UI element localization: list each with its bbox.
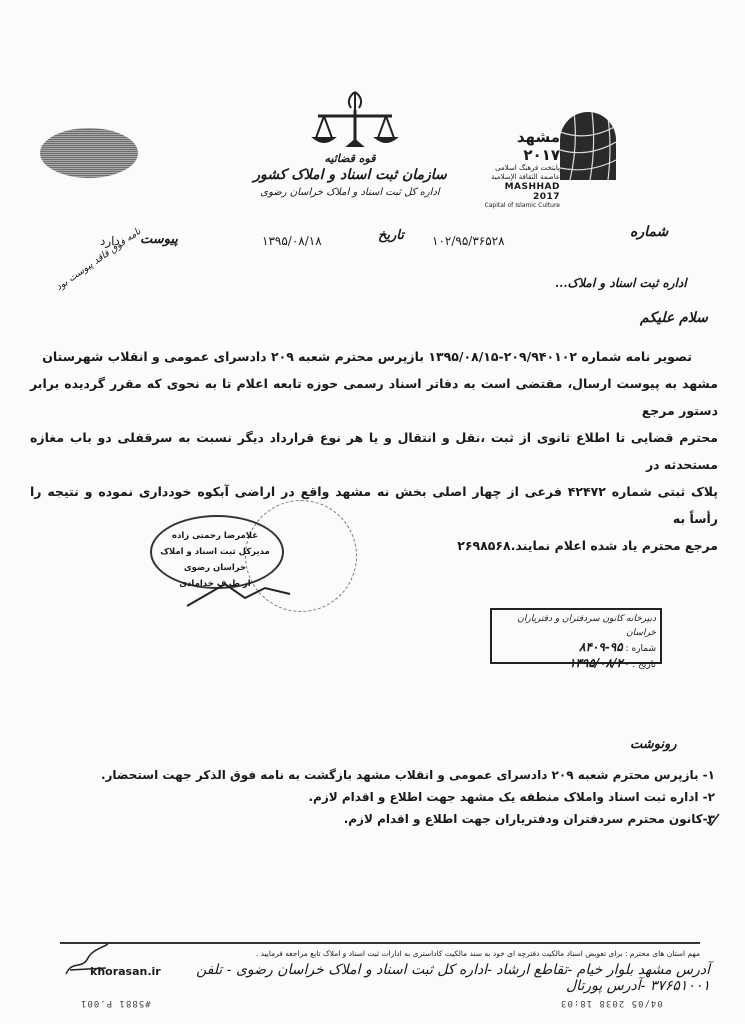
checkmark-icon xyxy=(705,812,721,826)
mashhad-subtitle-ar: عاصمة الثقافة الإسلامية xyxy=(478,173,560,182)
scribble-signature-icon xyxy=(62,940,112,980)
mashhad-title-en: MASHHAD 2017 xyxy=(478,182,560,202)
mashhad-subtitle-fa: پایتخت فرهنگ اسلامی xyxy=(478,164,560,173)
copy-to-title: رونوشت xyxy=(630,737,677,752)
copy-to-item: ۳-کانون محترم سردفتران ودفتریاران جهت اط… xyxy=(110,808,715,830)
handwritten-note: نامه فوق فاقد پیوست بود xyxy=(47,226,143,298)
body-line: مرجع محترم یاد شده اعلام نمایند.۲۶۹۸۵۶۸ xyxy=(30,532,718,559)
received-number-value: ۹۵-۸۴۰۹ xyxy=(579,640,623,654)
received-stamp: دبیرخانه کانون سردفتران و دفتریاران خراس… xyxy=(490,608,662,664)
copy-to-item: ۲- اداره ثبت اسناد واملاک منطقه یک مشهد … xyxy=(110,786,715,808)
body-line: مشهد به پیوست ارسال، مقتضی است به دفاتر … xyxy=(30,370,718,424)
number-value: ۱۰۲/۹۵/۳۶۵۲۸ xyxy=(432,234,505,248)
org-line-3: اداره کل ثبت اسناد و املاک خراسان رضوی xyxy=(250,187,450,198)
body-line: پلاک ثبتی شماره ۴۲۴۷۲ فرعی از چهار اصلی … xyxy=(30,478,718,532)
received-date-value: ۱۳۹۵/۰۸/۲۰ xyxy=(569,656,629,670)
date-value: ۱۳۹۵/۰۸/۱۸ xyxy=(262,234,322,248)
judiciary-emblem-icon xyxy=(310,88,400,158)
copy-to-list: ۱- بازپرس محترم شعبه ۲۰۹ دادسرای عمومی و… xyxy=(110,764,715,830)
organization-heading: قوه قضائیه سازمان ثبت اسناد و املاک کشور… xyxy=(250,152,450,198)
recipient: اداره ثبت اسناد و املاک... xyxy=(555,276,687,290)
handwritten-signature-icon xyxy=(185,580,295,610)
body-line: محترم قضایی تا اطلاع ثانوی از ثبت ،نقل و… xyxy=(30,424,718,478)
mashhad-2017-logo-icon xyxy=(560,112,616,180)
greeting: سلام علیکم xyxy=(640,310,708,326)
footer-address: آدرس مشهد بلوار خیام -تقاطع ارشاد -اداره… xyxy=(140,962,710,994)
mashhad-subtitle-en: Capital of Islamic Culture xyxy=(478,202,560,209)
date-label: تاریخ xyxy=(378,228,404,243)
copy-to-item: ۱- بازپرس محترم شعبه ۲۰۹ دادسرای عمومی و… xyxy=(110,764,715,786)
received-stamp-title: دبیرخانه کانون سردفتران و دفتریاران خراس… xyxy=(496,612,656,640)
footer-divider xyxy=(60,942,700,944)
oval-stamp-icon xyxy=(40,128,138,178)
signatory-name: غلامرضا رحمتی زاده xyxy=(150,528,280,544)
fax-header-left: #5881 P.001 xyxy=(80,998,151,1008)
letter-body: تصویر نامه شماره ۲۰۹/۹۴۰۱۰۲-۱۳۹۵/۰۸/۱۵ ب… xyxy=(30,343,718,559)
attachment-label: پیوست xyxy=(140,232,178,247)
number-label: شماره xyxy=(630,224,668,240)
mashhad-title: مشهد ۲۰۱۷ xyxy=(478,128,560,164)
mashhad-2017-text: مشهد ۲۰۱۷ پایتخت فرهنگ اسلامی عاصمة الثق… xyxy=(478,128,560,209)
fax-header-right: 04/05 2038 18:03 xyxy=(560,998,663,1008)
signatory-title: مدیرکل ثبت اسناد و املاک خراسان رضوی xyxy=(150,544,280,576)
org-line-1: قوه قضائیه xyxy=(250,152,450,165)
org-line-2: سازمان ثبت اسناد و املاک کشور xyxy=(250,167,450,183)
footer-notice: مهم استان های محترم : برای تعویض اسناد م… xyxy=(150,949,700,958)
body-line: تصویر نامه شماره ۲۰۹/۹۴۰۱۰۲-۱۳۹۵/۰۸/۱۵ ب… xyxy=(30,343,718,370)
received-date-label: تاریخ : xyxy=(632,660,656,670)
received-number-label: شماره : xyxy=(626,644,656,654)
